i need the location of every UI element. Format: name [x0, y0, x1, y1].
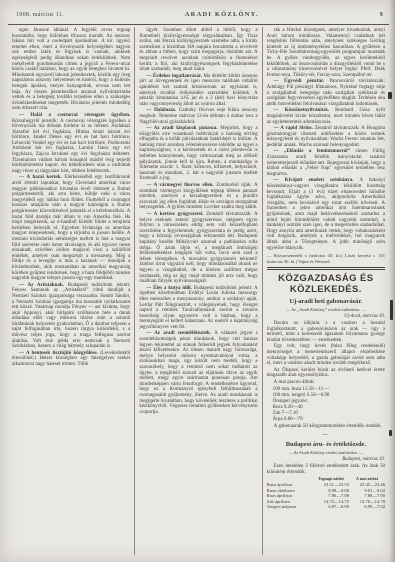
paragraph-lead: — Halál a csernovai vérengzés ügyében. — [19, 113, 130, 118]
market-table-rows: Buza áprilisra 23.51—23.53 23.45—23.46 B… — [267, 482, 385, 510]
paragraph-lead: — A kertész gyógyszerei. — [146, 212, 206, 217]
paragraph-lead: — Kivájott emeleti szénbánya. — [274, 178, 360, 183]
paragraph-body: A bakonyi kőszénbánya-vagyon vizsgálatár… — [267, 178, 385, 250]
paragraph-body: Rózsahegyről jelentik: A csernovai véren… — [12, 119, 130, 174]
paragraph-body: Budapesti tudósítónk jelenti: A ligetben… — [139, 286, 257, 330]
paragraph-body: Az Ókaposi kerület búzát az elvihető ket… — [267, 368, 385, 379]
article-paragraph: Dacára az időjárás s a vasúton a hozatal… — [267, 321, 385, 343]
news-paragraph: — Éles a kutya idill.Budapesti tudósítón… — [139, 286, 257, 331]
economy-section: KÖZGAZDASÁG ÉS KÖZLEKEDÉS. Uj-aradi heti… — [267, 267, 385, 510]
notice-ref-number: 151 — [378, 253, 385, 264]
scan-artifact — [389, 430, 392, 436]
classified-notice: — Rózsacsemetéit s (március 30. ki.) Lás… — [267, 253, 385, 264]
exchange-intro: Ezen hetekben 2 fillérrel emelkedett ára… — [267, 464, 385, 475]
news-paragraph: egen Jánosné lábánál. A fegyéki orvos te… — [12, 28, 130, 112]
paragraph-lead: — Éles a kutya idill. — [146, 286, 193, 291]
news-paragraph: — Kivájott emeleti szénbánya.A bakonyi k… — [267, 178, 385, 251]
price-list-intro: A mai piacon álltak: — [267, 380, 385, 386]
price-list-outro: A gabonaárak 50 kilogrammonként értendők… — [267, 424, 385, 430]
paragraph-lead: — „Előadás a feminizmusról” — [274, 149, 356, 154]
news-paragraph: ügyét. Szemben állott abból a hitből, ho… — [139, 28, 257, 73]
paragraph-lead: — A vármegyei főorvos ellen. — [146, 183, 216, 188]
credit-line: — Az „Aradi Közlöny” eredeti tudósítása.… — [267, 307, 385, 312]
market-table: Tegnapi zárlat A mai zárlat Buza április… — [267, 477, 385, 510]
paragraph-lead: — Halálozás. — [146, 108, 178, 113]
prev-close-value: 6.97—6.99 — [313, 504, 349, 510]
paragraph-body: Elérkezéséből egy honfitársunk arról ért… — [12, 175, 130, 281]
text-columns: egen Jánosné lábánál. A fegyéki orvos te… — [8, 27, 389, 555]
paragraph-lead: — Érdekes ingatlanvásár. — [146, 74, 203, 79]
price-list: 100 mm. buza 11.50—11.— 100 mm. tengeri … — [273, 387, 385, 423]
paragraph-lead: — Az Artistáknak. — [19, 283, 68, 288]
stock-exchange-article: Budapest áru- és értéktőzsde. — Az Aradi… — [267, 441, 385, 510]
paragraph-lead: — Köszönetnyilvánítás. — [274, 108, 335, 113]
issue-date: 1908. március 11. — [16, 12, 64, 18]
news-paragraph: — A vármegyei főorvos ellen.Zomborból ír… — [139, 183, 257, 211]
notice-text: — Rózsacsemetéit s (március 30. ki.) Lás… — [267, 253, 375, 264]
paragraph-lead: — Ügyvédi pénztár. — [274, 79, 330, 84]
news-paragraph: — Az aradi kispiacok panasza.Megírtuk, h… — [139, 126, 257, 182]
news-paragraph: — A kertész gyógyszerei.Zentáról távirat… — [139, 212, 257, 285]
paragraph-body: A választó jegyet s szemlebizottságok pé… — [139, 331, 257, 414]
article-paragraph: Az Ókaposi kerület búzát az elvihető ket… — [267, 368, 385, 379]
grain-market-article: Uj-aradi heti gabonavásár. — Az „Aradi K… — [267, 298, 385, 429]
paragraph-body: Budapesti tudósítónk jelenti: Fényes Sam… — [12, 283, 130, 350]
news-paragraph: — Köszönetnyilvánítás.Reinhard Géza nyíl… — [267, 108, 385, 125]
article-title: Uj-aradi heti gabonavásár. — [267, 298, 385, 305]
masthead-rule — [8, 24, 389, 25]
news-paragraph: — A rapid Sirius.Zentáról táviratozzák: … — [267, 126, 385, 148]
news-paragraph: rák a Hitelső községnek, amelyre hivatko… — [267, 28, 385, 78]
article-paragraph: Úgy volt, hogy kevés (búza főleg rendele… — [267, 344, 385, 366]
column-right: rák a Hitelső községnek, amelyre hivatko… — [263, 27, 389, 555]
news-paragraph: — Halálozás.Gadorky főorvos neje Klára a… — [139, 108, 257, 125]
section-header: KÖZGAZDASÁG ÉS KÖZLEKEDÉS. — [267, 273, 385, 295]
paragraph-lead: — A hentesek tisztújító közgyűlése. — [19, 351, 100, 356]
news-paragraph: — Az aradi szemlélőtisztek.A választó je… — [139, 331, 257, 415]
paragraph-body: Úgy volt, hogy kevés (búza főleg rendele… — [267, 344, 385, 366]
table-row: Tengeri májusra 6.97—6.99 6.99—7.02 — [267, 504, 385, 510]
dateline: Budapest, március 10. — [267, 457, 385, 462]
paragraph-body: Zentáról táviratozzák: A helyre ezeknek … — [139, 212, 257, 284]
news-paragraph: — A hazai kertek.Elérkezéséből egy honfi… — [12, 175, 130, 281]
price-line: Árpa 6.80—70 — [273, 417, 385, 423]
news-paragraph: — Érdekes ingatlanvásár.Ma délelőtt kötö… — [139, 74, 257, 108]
column-left: egen Jánosné lábánál. A fegyéki orvos te… — [8, 27, 134, 555]
news-paragraph: — „Előadás a feminizmusról”címen Füllig … — [267, 149, 385, 177]
scan-edge-shadow — [389, 0, 395, 562]
news-paragraph: — Halál a csernovai vérengzés ügyében.Ró… — [12, 113, 130, 175]
paragraph-body: rák a Hitelső községnek, amelyre hivatko… — [267, 28, 385, 78]
masthead-title: ARADI KÖZLÖNY. — [185, 11, 259, 18]
today-close-value: 6.99—7.02 — [349, 504, 385, 510]
paragraph-lead: — A rapid Sirius. — [274, 126, 315, 131]
scan-artifact — [388, 92, 392, 99]
news-paragraph: — A hentesek tisztújító közgyűlése.(Leve… — [12, 351, 130, 368]
scan-artifact — [390, 300, 393, 320]
article-title: Budapest áru- és értéktőzsde. — [267, 441, 385, 448]
paragraph-lead: — Az aradi kispiacok panasza. — [146, 126, 220, 131]
dateline: Uj-Arad, március 10. — [267, 314, 385, 319]
right-column-news: rák a Hitelső községnek, amelyre hivatko… — [267, 28, 385, 251]
newspaper-page: 1908. március 11. ARADI KÖZLÖNY. 9 egen … — [0, 0, 395, 562]
news-paragraph: — Az Artistáknak.Budapesti tudósítónk je… — [12, 283, 130, 350]
column-middle: ügyét. Szemben állott abból a hitből, ho… — [134, 27, 262, 555]
credit-line: — Az Aradi Közlöny eredeti tudósítása. — — [267, 450, 385, 455]
page-number: 9 — [380, 12, 383, 18]
news-paragraph: — Ügyvédi pénztár.Pancsováról táviratozz… — [267, 79, 385, 107]
paragraph-body: Megírtuk, hogy a közgyűlés erre vonatkoz… — [139, 126, 257, 181]
commodity-label: Tengeri májusra — [267, 504, 313, 510]
paragraph-body: Dacára az időjárás s a vasúton a hozatal… — [267, 321, 385, 343]
article-divider: — — [267, 432, 385, 438]
paragraph-lead: — A hazai kertek. — [19, 175, 64, 180]
grain-market-body: Dacára az időjárás s a vasúton a hozatal… — [267, 321, 385, 379]
paragraph-body: ügyét. Szemben állott abból a hitből, ho… — [139, 28, 257, 72]
paragraph-body: egen Jánosné lábánál. A fegyéki orvos te… — [12, 28, 130, 111]
section-divider-rule — [267, 267, 385, 270]
page-header: 1908. március 11. ARADI KÖZLÖNY. 9 — [16, 11, 383, 18]
paragraph-body: Ma délelőtt kötött ünnepre járt az özveg… — [139, 74, 257, 107]
paragraph-lead: — Az aradi szemlélőtisztek. — [146, 331, 214, 336]
